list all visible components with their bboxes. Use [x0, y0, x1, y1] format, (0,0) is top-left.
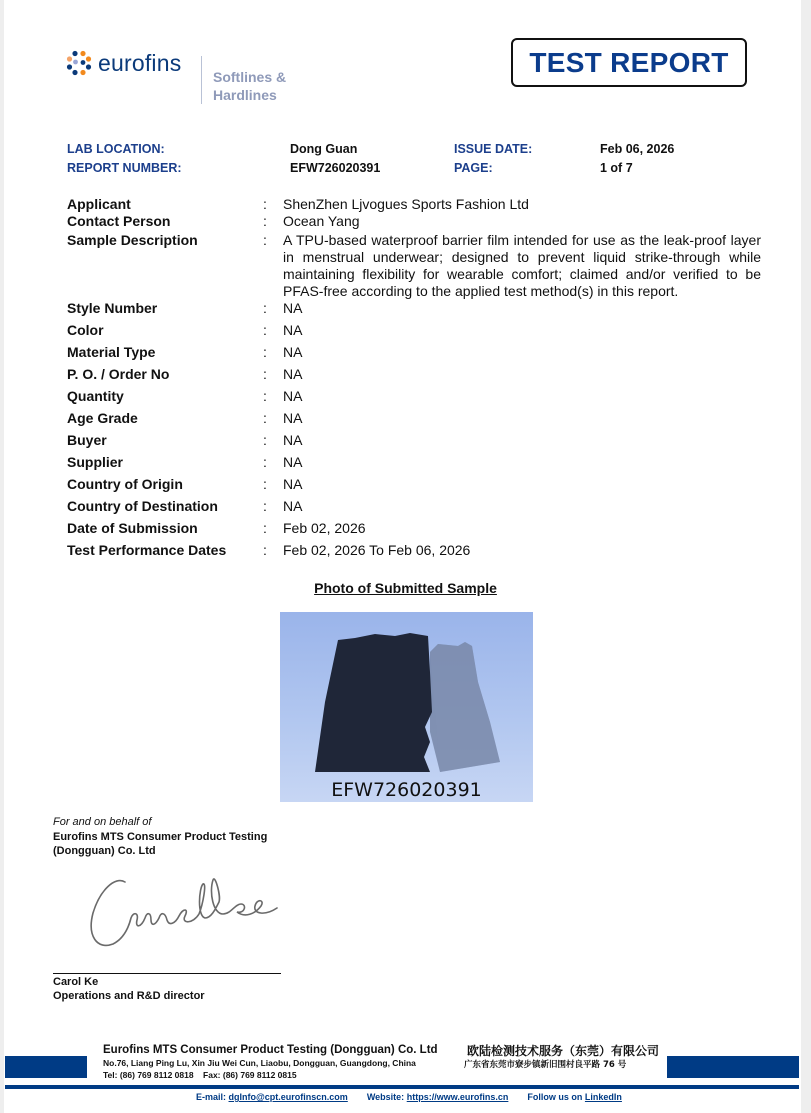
field-label: Country of Origin [67, 476, 183, 493]
photo-title: Photo of Submitted Sample [0, 580, 811, 596]
footer-address-cn: 广东省东莞市寮步镇新旧围村良平路 76 号 [464, 1058, 626, 1070]
footer-bar-right [667, 1056, 799, 1078]
field-separator: : [263, 542, 267, 559]
report-number-label: REPORT NUMBER: [67, 159, 182, 178]
brand-name: eurofins [98, 51, 181, 75]
footer-rule [5, 1085, 799, 1089]
field-separator: : [263, 454, 267, 471]
field-value: NA [283, 476, 761, 493]
field-value: NA [283, 454, 761, 471]
division-line-2: Hardlines [213, 86, 286, 104]
field-label: Sample Description [67, 232, 198, 249]
report-number-value: EFW726020391 [290, 159, 380, 178]
field-separator: : [263, 196, 267, 213]
page-left-gutter [0, 0, 4, 1113]
field-separator: : [263, 476, 267, 493]
field-value: NA [283, 498, 761, 515]
field-label: Applicant [67, 196, 131, 213]
field-separator: : [263, 388, 267, 405]
field-value: A TPU-based waterproof barrier film inte… [283, 232, 761, 300]
field-separator: : [263, 366, 267, 383]
field-label: Contact Person [67, 213, 170, 230]
footer-contact: E-mail: dgInfo@cpt.eurofinscn.com Websit… [196, 1092, 622, 1102]
field-label: P. O. / Order No [67, 366, 169, 383]
field-value: NA [283, 410, 761, 427]
division-line-1: Softlines & [213, 68, 286, 86]
field-label: Supplier [67, 454, 123, 471]
signature-line [53, 973, 281, 974]
field-label: Date of Submission [67, 520, 198, 537]
field-label: Buyer [67, 432, 107, 449]
photo-caption: EFW726020391 [280, 779, 533, 801]
field-value: Ocean Yang [283, 213, 761, 230]
field-value: NA [283, 388, 761, 405]
follow-label: Follow us on [527, 1092, 582, 1102]
footer-address: No.76, Liang Ping Lu, Xin Jiu Wei Cun, L… [103, 1058, 416, 1068]
lab-location-label: LAB LOCATION: [67, 140, 165, 159]
field-separator: : [263, 344, 267, 361]
field-separator: : [263, 213, 267, 230]
photo-title-text: Photo of Submitted Sample [314, 580, 497, 596]
field-separator: : [263, 300, 267, 317]
signatory-name: Carol Ke [53, 975, 205, 989]
signing-company-line-1: Eurofins MTS Consumer Product Testing [53, 830, 267, 844]
field-separator: : [263, 520, 267, 537]
field-label: Quantity [67, 388, 124, 405]
field-value: Feb 02, 2026 [283, 520, 761, 537]
signing-company: Eurofins MTS Consumer Product Testing (D… [53, 830, 267, 858]
field-separator: : [263, 322, 267, 339]
footer-tel-fax: Tel: (86) 769 8112 0818 Fax: (86) 769 81… [103, 1070, 297, 1080]
field-value: NA [283, 344, 761, 361]
website-label: Website: [367, 1092, 404, 1102]
footer-company: Eurofins MTS Consumer Product Testing (D… [103, 1044, 438, 1056]
field-label: Age Grade [67, 410, 138, 427]
eurofins-logo: eurofins [66, 50, 181, 76]
lab-location-value: Dong Guan [290, 140, 357, 159]
field-value: Feb 02, 2026 To Feb 06, 2026 [283, 542, 761, 559]
sample-photo: EFW726020391 [280, 612, 533, 802]
report-title-box: TEST REPORT [511, 38, 747, 87]
linkedin-link[interactable]: LinkedIn [585, 1092, 622, 1102]
scrollbar-track[interactable] [801, 0, 811, 1113]
issue-date-label: ISSUE DATE: [454, 140, 532, 159]
field-label: Color [67, 322, 104, 339]
field-value: NA [283, 300, 761, 317]
footer-bar-left [5, 1056, 87, 1078]
footer-company-cn: 欧陆检测技术服务（东莞）有限公司 [467, 1042, 659, 1059]
field-value: ShenZhen Ljvogues Sports Fashion Ltd [283, 196, 761, 213]
field-value: NA [283, 432, 761, 449]
page-label: PAGE: [454, 159, 493, 178]
field-value: NA [283, 322, 761, 339]
field-separator: : [263, 432, 267, 449]
signatory-title: Operations and R&D director [53, 989, 205, 1003]
signatory: Carol Ke Operations and R&D director [53, 975, 205, 1003]
behalf-text: For and on behalf of [53, 816, 151, 828]
eurofins-dots-icon [66, 50, 92, 76]
field-label: Country of Destination [67, 498, 218, 515]
page-value: 1 of 7 [600, 159, 633, 178]
field-label: Test Performance Dates [67, 542, 226, 559]
field-label: Material Type [67, 344, 155, 361]
website-link[interactable]: https://www.eurofins.cn [407, 1092, 509, 1102]
division-name: Softlines & Hardlines [213, 68, 286, 104]
email-link[interactable]: dgInfo@cpt.eurofinscn.com [229, 1092, 348, 1102]
logo-divider [201, 56, 202, 104]
field-label: Style Number [67, 300, 157, 317]
field-separator: : [263, 410, 267, 427]
email-label: E-mail: [196, 1092, 226, 1102]
field-separator: : [263, 232, 267, 249]
report-title: TEST REPORT [529, 47, 728, 79]
signature-image [85, 868, 285, 958]
issue-date-value: Feb 06, 2026 [600, 140, 674, 159]
field-separator: : [263, 498, 267, 515]
signing-company-line-2: (Dongguan) Co. Ltd [53, 844, 267, 858]
field-value: NA [283, 366, 761, 383]
